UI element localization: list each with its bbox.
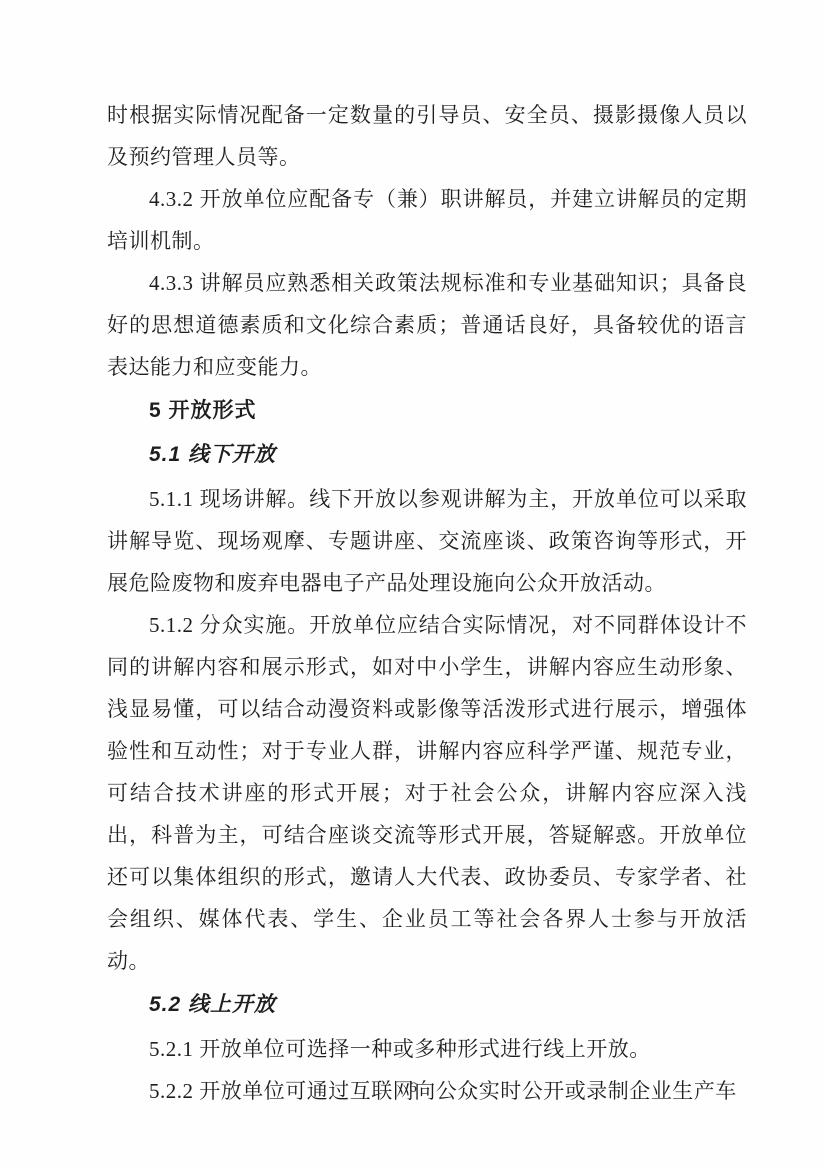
body-paragraph: 5.2.1 开放单位可选择一种或多种形式进行线上开放。	[107, 1028, 747, 1070]
subsection-heading: 5.2 线上开放	[149, 984, 747, 1026]
subsection-heading: 5.1 线下开放	[149, 434, 747, 476]
document-body: 时根据实际情况配备一定数量的引导员、安全员、摄影摄像人员以及预约管理人员等。4.…	[107, 94, 747, 1112]
page-number: 6	[0, 1080, 826, 1097]
body-paragraph: 5.1.1 现场讲解。线下开放以参观讲解为主，开放单位可以采取讲解导览、现场观摩…	[107, 478, 747, 604]
document-page: 时根据实际情况配备一定数量的引导员、安全员、摄影摄像人员以及预约管理人员等。4.…	[0, 0, 826, 1169]
body-paragraph-continuation: 时根据实际情况配备一定数量的引导员、安全员、摄影摄像人员以及预约管理人员等。	[107, 94, 747, 178]
body-paragraph: 4.3.3 讲解员应熟悉相关政策法规标准和专业基础知识；具备良好的思想道德素质和…	[107, 262, 747, 388]
body-paragraph: 5.1.2 分众实施。开放单位应结合实际情况，对不同群体设计不同的讲解内容和展示…	[107, 604, 747, 982]
body-paragraph: 4.3.2 开放单位应配备专（兼）职讲解员，并建立讲解员的定期培训机制。	[107, 178, 747, 262]
section-heading: 5 开放形式	[149, 390, 747, 432]
